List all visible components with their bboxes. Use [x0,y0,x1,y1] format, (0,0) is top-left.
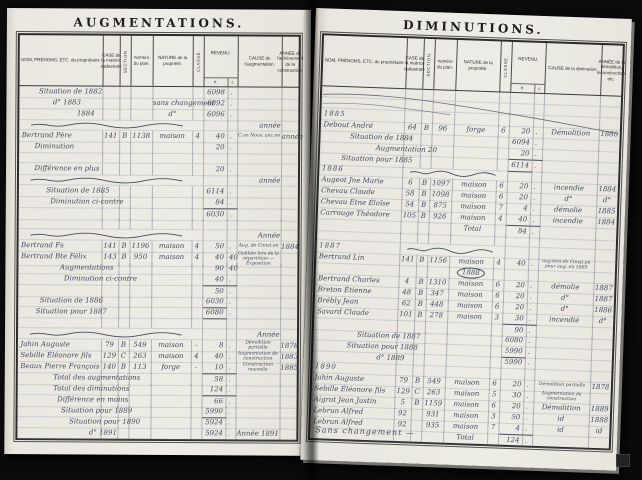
cell-section [119,219,130,230]
cell-classe [191,428,202,440]
cell-revenu-c: . [522,434,532,447]
cell-revenu-fr [202,329,226,340]
cell-cause: Année [236,329,280,340]
cell-revenu-c: . [226,428,236,440]
col-header-proprietaire: NOM, PRÉNOMS, ETC. du propriétaire [19,35,103,86]
cell-folio [405,100,422,112]
col-header-numero-plan: numéro du plan. [434,39,458,90]
scanned-register-spread: AUGMENTATIONS. NOM, PRÉNOMS, ETC. du pro… [0,0,642,480]
cell-revenu-fr: 124 [498,434,522,448]
col-header-cause: CAUSE de l'augmentation. [238,36,282,86]
cell-classe [192,219,203,230]
page-augmentations: AUGMENTATIONS. NOM, PRÉNOMS, ETC. du pro… [4,8,311,456]
cell-plan [421,431,443,445]
cell-classe [193,153,204,164]
cell-annee [282,154,298,165]
cell-annee [281,231,297,242]
cell-annee [588,437,608,451]
cell-cause [238,153,282,164]
cell-cause: Année 1891 [236,428,280,440]
cell-section [119,318,130,329]
cell-annee [282,121,298,132]
margin-note: Année 1891 [236,428,278,439]
cell-cause: Année [237,230,281,241]
cell-annee [600,96,620,108]
cell-plan [130,219,152,230]
cell-cause: année [238,120,282,131]
cell-annee [281,220,297,231]
cell-annee [595,239,615,251]
cell-revenu-fr [510,104,534,116]
margin-note: Année [257,330,279,341]
cell-classe [487,433,498,446]
cell-classe [499,92,510,103]
cell-revenu-c [228,153,238,164]
cell-nature: Total [443,432,487,447]
col-header-revenu: REVENU. fr.c. [511,42,547,93]
cell-revenu-c [228,120,238,131]
table-header: NOM, PRÉNOMS, ETC. du propriétaire CASE … [19,35,298,88]
table-body: 1885Debout André64B96forge620.Démolition… [309,86,620,448]
cell-annee [281,176,297,187]
cell-section [120,153,131,164]
col-header-revenu: REVENU. fr.c. [204,36,238,86]
cell-cause [237,318,281,329]
page-diminutions: DIMINUTIONS. NOM, PRÉNOMS, ETC. du propr… [300,8,632,471]
cell-revenu-fr [203,175,227,186]
cell-section [118,428,129,440]
cell-nature [153,153,193,164]
cell-section [417,233,428,244]
cell-folio [400,232,417,244]
revenu-subheaders: fr.c. [204,77,237,86]
cell-revenu-c [227,219,237,230]
cell-revenu-c [534,94,544,105]
cell-plan [433,101,455,113]
table-body: Situation de 18826098.d° 1883sans change… [17,86,298,440]
cell-plan [428,233,450,245]
register-table: NOM, PRÉNOMS, ETC. du propriétaire CASE … [307,33,624,450]
cell-revenu-fr [203,318,227,329]
cell-plan [130,318,152,329]
cell-revenu-c [226,329,236,340]
col-header-case-matrice: CASE de la matrice cadastrale [103,36,120,86]
cell-cause: année [237,175,281,186]
cell-nature [151,428,191,440]
margin-note: année [259,176,281,187]
cell-classe [192,318,203,329]
cell-revenu-fr: 5924 [202,428,226,440]
cell-revenu-c [227,230,237,241]
cell-revenu-fr [203,219,227,230]
margin-note: année [259,121,281,132]
cell-folio [102,318,119,329]
cell-plan [433,90,455,102]
cell-classe [494,235,505,246]
cell-folio [103,153,120,164]
cell-revenu-fr [203,230,227,241]
page-corner-tab [616,454,630,467]
cell-revenu-c [529,237,539,248]
cell-plan [131,153,153,164]
cell-revenu-c [227,175,237,186]
col-header-case-matrice: CASE de la matrice cadastrale [406,38,425,89]
margin-note: Année [258,231,280,242]
cell-proprietaire: d° 1891 [17,427,101,440]
cell-proprietaire [19,152,103,164]
cell-annee [281,319,297,330]
cell-folio [102,219,119,230]
col-header-section: SECTION. [120,36,131,86]
revenu-subheaders: fr.c. [511,83,544,93]
cell-nature [152,219,192,230]
col-header-annee: ANNÉE de la démolition, reconstruction, … [601,45,623,96]
cell-proprietaire [18,317,102,329]
cell-annee [280,330,296,341]
register-table: NOM, PRÉNOMS, ETC. du propriétaire CASE … [15,33,300,442]
col-header-proprietaire: NOM, PRÉNOMS, ETC. du propriétaire [322,35,408,88]
cell-revenu-fr [204,153,228,164]
cell-classe [499,103,510,114]
col-header-annee: ANNÉE de l'achèvement de la construction… [282,37,298,87]
cell-folio [405,89,422,101]
col-header-classe: CLASSE. [193,36,204,86]
cell-nature [152,318,192,329]
cell-cause [237,219,281,230]
cell-folio [101,428,118,440]
cell-revenu-fr [510,93,534,105]
cell-revenu-c [534,105,544,116]
cell-proprietaire [18,218,102,230]
col-header-nature: NATURE de la propriété. [153,36,193,86]
cell-revenu-c [227,318,237,329]
cell-cause [532,435,588,450]
cell-annee [600,107,620,119]
cell-revenu-fr [204,120,228,131]
cell-section [422,101,433,112]
col-header-cause: CAUSE de la diminution. [545,43,603,95]
page-title: AUGMENTATIONS. [7,8,311,35]
col-header-numero-plan: numéro du plan. [131,36,153,86]
cell-plan [129,428,151,440]
col-header-nature: NATURE de la propriété. [456,40,502,92]
cell-revenu-fr [505,236,529,248]
cell-annee [280,429,296,441]
table-row: d° 18915924.Année 1891 [17,427,296,440]
cell-section [422,90,433,101]
